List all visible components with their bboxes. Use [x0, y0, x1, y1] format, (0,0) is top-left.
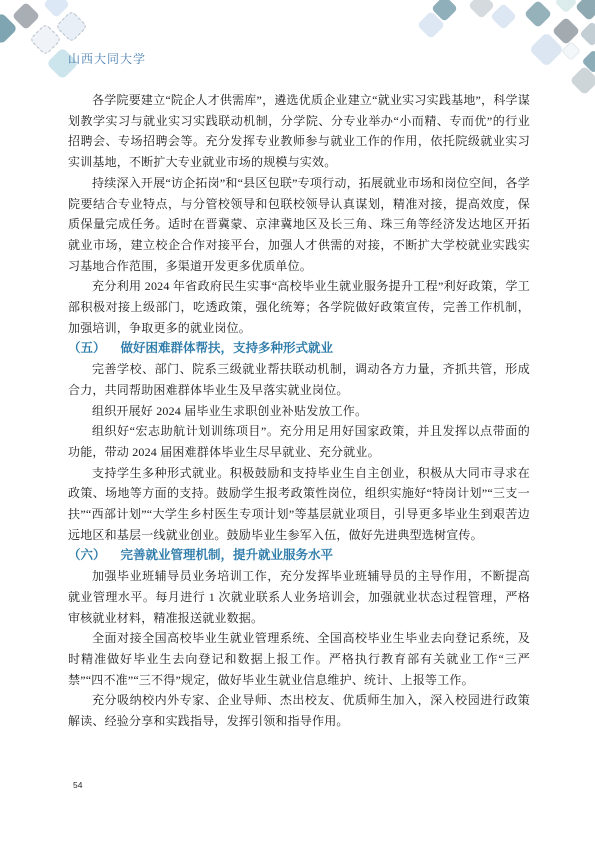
decorative-diamond: [561, 41, 581, 61]
body-paragraph: 持续深入开展“访企拓岗”和“县区包联”专项行动，拓展就业市场和岗位空间，各学院要…: [68, 173, 530, 277]
section-number: （五）: [68, 341, 106, 355]
decorative-diamond: [575, 0, 595, 21]
page-number: 54: [73, 780, 82, 790]
decorative-diamond: [579, 21, 595, 46]
body-paragraph: 支持学生多种形式就业。积极鼓励和支持毕业生自主创业，积极从大同市寻求在政策、场地…: [68, 463, 530, 546]
page-header-school-name: 山西大同大学: [68, 50, 146, 67]
body-paragraph: 组织好“宏志助航计划训练项目”。充分用足用好国家政策，并且发挥以点带面的功能，带…: [68, 421, 530, 462]
content-blocks: 各学院要建立“院企人才供需库”，遴选优质企业建立“就业实习实践基地”，科学谋划教…: [68, 90, 530, 732]
body-paragraph: 全面对接全国高校毕业生就业管理系统、全国高校毕业生毕业去向登记系统，及时精准做好…: [68, 628, 530, 690]
decorative-diamond: [524, 0, 552, 28]
body-paragraph: 各学院要建立“院企人才供需库”，遴选优质企业建立“就业实习实践基地”，科学谋划教…: [68, 90, 530, 173]
body-paragraph: 充分吸纳校内外专家、企业导师、杰出校友、优质师生加入，深入校园进行政策解读、经验…: [68, 690, 530, 731]
body-paragraph: 加强毕业班辅导员业务培训工作，充分发挥毕业班辅导员的主导作用，不断提高就业管理水…: [68, 566, 530, 628]
body-paragraph: 组织开展好 2024 届毕业生求职创业补贴发放工作。: [68, 401, 530, 422]
decorative-diamond: [555, 0, 578, 13]
decorative-diamond: [12, 2, 40, 30]
decorative-diamond: [490, 3, 517, 30]
body-paragraph: 充分利用 2024 年省政府民生实事“高校毕业生就业服务提升工程”利好政策，学工…: [68, 276, 530, 338]
section-number: （六）: [68, 548, 106, 562]
section-title: 做好困难群体帮扶，支持多种形式就业: [121, 341, 334, 355]
body-paragraph: 完善学校、部门、院系三级就业帮扶联动机制，调动各方力量，齐抓共管，形成合力，共同…: [68, 359, 530, 400]
document-page: { "header": { "school_name": "山西大同大学" },…: [0, 0, 595, 842]
section-heading: （五）做好困难群体帮扶，支持多种形式就业: [68, 338, 530, 359]
section-heading: （六）完善就业管理机制，提升就业服务水平: [68, 545, 530, 566]
section-title: 完善就业管理机制，提升就业服务水平: [121, 548, 334, 562]
